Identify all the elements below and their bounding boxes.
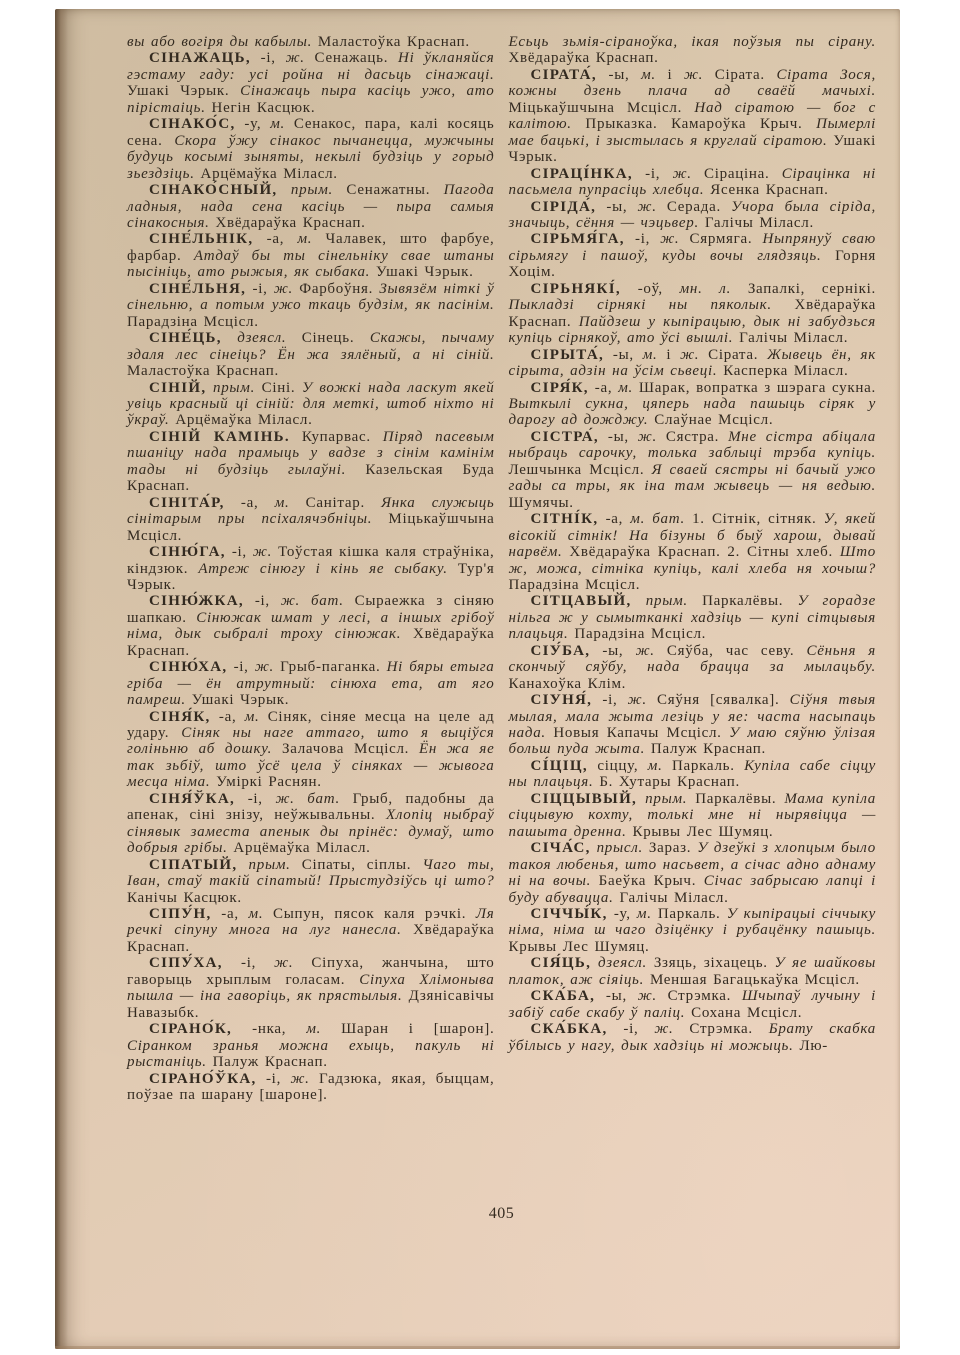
dictionary-entry: СІНЕ́ЛЬНІК, -а, м. Чалавек, што фарбуе, … xyxy=(127,231,495,280)
entry-text xyxy=(206,380,213,396)
entry-text: Палуж Краснап. xyxy=(207,1054,328,1070)
entry-text: Лешчынка Мсцісл. xyxy=(509,462,652,478)
dictionary-entry: СКА́БА, -ы, ж. Стрэмка. Шчыпаў лучыну і … xyxy=(509,988,877,1021)
entry-text: -і, xyxy=(227,659,254,675)
entry-example-text: вы або вогіря ды кабылы. xyxy=(127,34,318,50)
dictionary-entry: СІНЯ́ЎКА, -і, ж. бат. Грыб, падобны да а… xyxy=(127,791,495,857)
entry-headword: СІРЬМЯ́ГА, xyxy=(531,231,625,247)
entry-example-text: м. xyxy=(298,231,313,247)
entry-text: Шаран і [шарон]. xyxy=(321,1021,494,1037)
dictionary-entry: СІЯ́ЦЬ, дзеясл. Ззяць, зіхацець. У яе ша… xyxy=(509,955,877,988)
entry-headword: СІЯ́ЦЬ, xyxy=(531,955,592,971)
entry-text: Парадзіна Мсцісл. xyxy=(509,577,641,593)
entry-example-text: ж. бат. xyxy=(281,593,344,609)
entry-text: Сяўня [сявалка]. xyxy=(647,692,790,708)
entry-example-text: м. xyxy=(618,380,633,396)
entry-text: Грыб-паганка. xyxy=(274,659,387,675)
entry-example-text: прым. xyxy=(645,791,687,807)
entry-example-text: ж. xyxy=(673,166,692,182)
entry-text: -і, xyxy=(246,281,274,297)
entry-text: Маластоўка Краснап. xyxy=(127,363,279,379)
entry-headword: СІНЮ́ЖКА, xyxy=(149,593,244,609)
entry-example-text: м. xyxy=(643,347,658,363)
dictionary-entry: СІУ́БА, -ы, ж. Сяўба, час севу. Сёньня я… xyxy=(509,643,877,692)
dictionary-entry: Есьць зьмія-сіраноўка, ікая поўзыя пы сі… xyxy=(509,34,877,67)
entry-text: -а, xyxy=(212,906,249,922)
entry-headword: СІНЯ́ЎКА, xyxy=(149,791,235,807)
dictionary-entry: СІПУ́ХА, -і, ж. Сіпуха, жанчына, што гав… xyxy=(127,955,495,1021)
entry-text: Маластоўка Краснап. xyxy=(318,34,470,50)
entry-text: Паркаль. xyxy=(652,906,727,922)
entry-text: -нка, xyxy=(232,1021,306,1037)
dictionary-page-content: вы або вогіря ды кабылы. Маластоўка Крас… xyxy=(127,34,876,1103)
entry-text: Купарвас. xyxy=(290,429,383,445)
dictionary-entry: СІСТРА́, -ы, ж. Сястра. Мне сістра абіца… xyxy=(509,429,877,511)
entry-example-text: ж. xyxy=(274,955,293,971)
entry-headword: СІНАКО́СНЫЙ, xyxy=(149,182,277,198)
entry-headword: СІРАТА́, xyxy=(531,67,597,83)
dictionary-entry: СІНЮ́ГА, -і, ж. Тоўстая кішка каля страў… xyxy=(127,544,495,593)
entry-headword: СКА́БКА, xyxy=(531,1021,608,1037)
entry-text: -ы, xyxy=(597,67,641,83)
dictionary-entry: СІРАТА́, -ы, м. і ж. Сірата. Сірата Зося… xyxy=(509,67,877,166)
entry-headword: СІНЮ́ХА, xyxy=(149,659,227,675)
entry-text: Б. Хутары Краснап. xyxy=(593,774,740,790)
dictionary-entry: СКА́БКА, -і, ж. Стрэмка. Брату скабка ўб… xyxy=(509,1021,877,1054)
entry-headword: СІ́ЦІЦ, xyxy=(531,758,588,774)
entry-text: Сінець. xyxy=(286,330,369,346)
entry-headword: СІНІЙ КАМІНЬ. xyxy=(149,429,290,445)
entry-text: Парадзіна Мсцісл. xyxy=(127,314,259,330)
entry-example-text: ж. xyxy=(660,231,679,247)
entry-text: Арцёмаўка Міласл. xyxy=(169,412,312,428)
entry-text: Зараз. xyxy=(643,840,697,856)
entry-example-text: м. xyxy=(245,709,260,725)
entry-headword: СІНАКО́С, xyxy=(149,116,236,132)
entry-text: -ы, xyxy=(590,643,635,659)
entry-headword: СІРАНО́К, xyxy=(149,1021,232,1037)
entry-headword: СІРЯ́К, xyxy=(531,380,589,396)
dictionary-entry: СІТЦАВЫЙ, прым. Паркалёвы. У горадзе ніл… xyxy=(509,593,877,642)
entry-text: 1. Сітнік, сітняк. xyxy=(685,511,824,527)
entry-text: Канічы Касцюк. xyxy=(127,890,242,906)
entry-text: Лю- xyxy=(794,1038,828,1054)
entry-headword: СІЦЦЫВЫЙ, xyxy=(531,791,638,807)
entry-text: Фарбоўня. xyxy=(293,281,379,297)
entry-text: -у, xyxy=(608,906,637,922)
entry-text: Ясенка Краснап. xyxy=(704,182,828,198)
dictionary-entry: СІНЕ́ЦЬ, дзеясл. Сінець. Скажы, пычаму з… xyxy=(127,330,495,379)
entry-text: Шумячы. xyxy=(509,495,574,511)
entry-text: Арцёмаўка Міласл. xyxy=(195,166,338,182)
screenshot-canvas: { "page": { "number": "405", "paper_colo… xyxy=(0,0,960,1355)
entry-text: Паркалёвы. xyxy=(687,791,784,807)
dictionary-entry: СІНІЙ КАМІНЬ. Купарвас. Піряд пасевым пш… xyxy=(127,429,495,495)
entry-headword: СІНАЖАЦЬ, xyxy=(149,50,251,66)
dictionary-entry: СІРЯ́К, -а, м. Шарак, вопратка з шэрага … xyxy=(509,380,877,429)
entry-headword: СІРЫТА́, xyxy=(531,347,605,363)
entry-headword: СІНЮ́ГА, xyxy=(149,544,226,560)
entry-example-text: ж. xyxy=(680,347,699,363)
entry-text: Сярмяга. xyxy=(679,231,762,247)
entry-text: Ушакі Чэрык. xyxy=(186,692,289,708)
dictionary-entry: СІРАЦІ́НКА, -і, ж. Сіраціна. Сірацінка н… xyxy=(509,166,877,199)
entry-text: сіццу, xyxy=(588,758,648,774)
dictionary-entry: СІПУ́Н, -а, м. Сыпун, пясок каля рэчкі. … xyxy=(127,906,495,955)
entry-headword: СІНІЙ, xyxy=(149,380,206,396)
entry-text: -ы, xyxy=(599,429,638,445)
entry-text: -ы, xyxy=(595,988,638,1004)
entry-text: Новыя Капачы Мсцісл. xyxy=(546,725,729,741)
entry-example-text: м. xyxy=(306,1021,321,1037)
entry-text: Канахоўка Клім. xyxy=(509,676,627,692)
dictionary-entry: СІНЮ́ХА, -і, ж. Грыб-паганка. Ні бяры ет… xyxy=(127,659,495,708)
entry-text: Уміркі Раснян. xyxy=(210,774,321,790)
entry-text: -і, xyxy=(244,593,281,609)
entry-example-text: ж. бат. xyxy=(275,791,339,807)
entry-text: Сіпаты, сіплы. xyxy=(291,857,423,873)
entry-headword: СІРАЦІ́НКА, xyxy=(531,166,633,182)
dictionary-entry: СІНІТА́Р, -а, м. Санітар. Янка служыць с… xyxy=(127,495,495,544)
entry-text: Галічы Міласл. xyxy=(733,330,848,346)
entry-text: і xyxy=(656,67,684,83)
dictionary-entry: СІНАЖАЦЬ, -і, ж. Сенажаць. Ні ўкланяйся … xyxy=(127,50,495,116)
entry-text: -і, xyxy=(625,231,660,247)
entry-headword: СІТЦАВЫЙ, xyxy=(531,593,632,609)
scanned-book-page: вы або вогіря ды кабылы. Маластоўка Крас… xyxy=(55,9,900,1349)
entry-example-text: ж. xyxy=(638,988,657,1004)
entry-example-text: ж. xyxy=(654,1021,673,1037)
entry-text: -і, xyxy=(608,1021,655,1037)
entry-text: Негін Касцюк. xyxy=(206,100,316,116)
entry-headword: СІЧА́С, xyxy=(531,840,591,856)
entry-text: Сіраціна. xyxy=(692,166,782,182)
entry-text: Сірата. xyxy=(703,67,776,83)
entry-example-text: прым. xyxy=(213,380,255,396)
page-bottom-edge xyxy=(55,1346,900,1349)
entry-headword: СІНЕ́ЛЬНЯ, xyxy=(149,281,246,297)
entry-text xyxy=(277,182,290,198)
entry-example-text: ж. xyxy=(638,429,657,445)
entry-text: Парадзіна Мсцісл. xyxy=(569,626,707,642)
entry-headword: СІПУ́ХА, xyxy=(149,955,223,971)
entry-text: Сястра. xyxy=(657,429,728,445)
dictionary-column-left: вы або вогіря ды кабылы. Маластоўка Крас… xyxy=(127,34,495,1103)
entry-example-text: м. xyxy=(249,906,264,922)
entry-text: -а, xyxy=(253,231,297,247)
entry-text: -і, xyxy=(251,50,286,66)
dictionary-entry: СІЧА́С, прысл. Зараз. У дзеўкі з хлопцым… xyxy=(509,840,877,906)
entry-text: Ззяць, зіхацець. xyxy=(647,955,775,971)
dictionary-entry: СІРАНО́К, -нка, м. Шаран і [шарон]. Сіра… xyxy=(127,1021,495,1070)
page-number: 405 xyxy=(127,1205,876,1223)
entry-text: -а, xyxy=(589,380,618,396)
dictionary-entry: СІРЬНЯКІ́, -оў, мн. л. Запалкі, сернікі.… xyxy=(509,281,877,347)
dictionary-entry: СІРЬМЯ́ГА, -і, ж. Сярмяга. Ныпрянуў сваю… xyxy=(509,231,877,280)
entry-headword: СІПАТЫЙ, xyxy=(149,857,237,873)
entry-text xyxy=(637,791,645,807)
entry-text: -і, xyxy=(226,544,253,560)
entry-text: Сыпун, пясок каля рэчкі. xyxy=(263,906,476,922)
entry-text: -ы, xyxy=(604,347,643,363)
entry-example-text: мн. л. xyxy=(680,281,731,297)
entry-example-text: м. бат. xyxy=(630,511,685,527)
entry-text: Серада. xyxy=(657,199,731,215)
dictionary-entry: СІТНІ́К, -а, м. бат. 1. Сітнік, сітняк. … xyxy=(509,511,877,593)
entry-text: Стрэмка. xyxy=(674,1021,769,1037)
dictionary-entry: СІНІЙ, прым. Сіні. У вожкі нада ласкут я… xyxy=(127,380,495,429)
entry-headword: СІСТРА́, xyxy=(531,429,599,445)
entry-text: -а, xyxy=(598,511,630,527)
entry-text: Запалкі, сернікі. xyxy=(731,281,876,297)
entry-example-text: Есьць зьмія-сіраноўка, ікая поўзыя пы сі… xyxy=(509,34,877,50)
dictionary-entry: СІЦЦЫВЫЙ, прым. Паркалёвы. Мама купіла с… xyxy=(509,791,877,840)
entry-example-text: ж. xyxy=(636,643,655,659)
dictionary-entry: СІ́ЦІЦ, сіццу, м. Паркаль. Купіла сабе с… xyxy=(509,758,877,791)
dictionary-entry: СІРІДА́, -ы, ж. Серада. Учора была сірід… xyxy=(509,199,877,232)
entry-headword: СІНЕ́ЛЬНІК, xyxy=(149,231,253,247)
entry-example-text: прым. xyxy=(291,182,333,198)
entry-text: Сохана Мсцісл. xyxy=(685,1005,802,1021)
entry-example-text: прым. xyxy=(249,857,291,873)
entry-text: Стрэмка. xyxy=(657,988,742,1004)
entry-text: Паркаль. xyxy=(663,758,745,774)
entry-example-text: м. xyxy=(641,67,656,83)
entry-headword: СІУНЯ́, xyxy=(531,692,593,708)
entry-text: -ы, xyxy=(596,199,637,215)
entry-text: Крывы Лес Шумяц. xyxy=(509,939,650,955)
entry-text: Сіні. xyxy=(255,380,302,396)
entry-text: Прыказка. Камароўка Крыч. xyxy=(572,116,816,132)
dictionary-entry: СІПАТЫЙ, прым. Сіпаты, сіплы. Чаго ты, І… xyxy=(127,857,495,906)
entry-example-text: дзеясл. xyxy=(237,330,286,346)
entry-headword: СІНЕ́ЦЬ, xyxy=(149,330,222,346)
entry-example-text: прым. xyxy=(646,593,688,609)
entry-text: -а, xyxy=(225,495,275,511)
dictionary-entry: вы або вогіря ды кабылы. Маластоўка Крас… xyxy=(127,34,495,50)
entry-headword: СІРАНО́ЎКА, xyxy=(149,1071,257,1087)
entry-text: Слаўнае Мсцісл. xyxy=(648,412,773,428)
entry-example-text: ж. xyxy=(286,50,305,66)
entry-text: Паркалёвы. xyxy=(688,593,798,609)
entry-example-text: ж. xyxy=(628,692,647,708)
entry-text: -а, xyxy=(211,709,245,725)
entry-text: -і, xyxy=(235,791,275,807)
entry-example-text: Атреж сінюгу і кінь яе сыбаку. xyxy=(198,561,447,577)
dictionary-entry: СІЧЧЫ́К, -у, м. Паркаль. У кыпірацыі січ… xyxy=(509,906,877,955)
entry-text: -і, xyxy=(223,955,274,971)
entry-text: Хвёдараўка Краснап. xyxy=(210,215,366,231)
entry-example-text: ж. xyxy=(253,544,272,560)
entry-example-text: ж. xyxy=(638,199,657,215)
entry-headword: СІНЯ́К, xyxy=(149,709,211,725)
entry-headword: СІУ́БА, xyxy=(531,643,591,659)
entry-text: і xyxy=(657,347,680,363)
entry-text: Крывы Лес Шумяц. xyxy=(627,824,774,840)
entry-example-text: м. xyxy=(648,758,663,774)
entry-text xyxy=(632,593,646,609)
entry-text: -у, xyxy=(236,116,271,132)
entry-text: Хвёдараўка Краснап. xyxy=(509,50,659,66)
entry-text: Меншая Багацькаўка Мсцісл. xyxy=(644,972,860,988)
entry-text: Сірата. xyxy=(699,347,767,363)
entry-text: -і, xyxy=(592,692,627,708)
entry-text: Баеўка Крыч. xyxy=(591,873,704,889)
dictionary-column-right: Есьць зьмія-сіраноўка, ікая поўзыя пы сі… xyxy=(509,34,877,1103)
entry-text: Сенажаць. xyxy=(305,50,398,66)
entry-text: Шарак, вопратка з шэрага сукна. xyxy=(633,380,876,396)
entry-text: -і, xyxy=(633,166,673,182)
entry-text: Сенажатны. xyxy=(333,182,444,198)
entry-text: Ушакі Чэрык. xyxy=(370,264,473,280)
entry-text: Арцёмаўка Міласл. xyxy=(228,840,371,856)
entry-text: -і, xyxy=(257,1071,291,1087)
entry-example-text: прысл. xyxy=(597,840,643,856)
entry-text: Галічы Міласл. xyxy=(614,890,729,906)
entry-example-text: м. xyxy=(270,116,285,132)
entry-text: -оў, xyxy=(621,281,680,297)
entry-headword: СІЧЧЫ́К, xyxy=(531,906,608,922)
entry-headword: СІТНІ́К, xyxy=(531,511,599,527)
entry-text: Галічы Міласл. xyxy=(699,215,814,231)
entry-text: Сяўба, час севу. xyxy=(655,643,807,659)
entry-example-text: ж. xyxy=(274,281,293,297)
entry-headword: СІНІТА́Р, xyxy=(149,495,225,511)
entry-text xyxy=(222,330,237,346)
entry-text: Касперка Міласл. xyxy=(717,363,848,379)
entry-text: Залачова Мсцісл. xyxy=(272,741,419,757)
entry-headword: СІПУ́Н, xyxy=(149,906,212,922)
entry-text: Хвёдараўка Краснап. 2. Сітны хлеб. xyxy=(562,544,839,560)
dictionary-entry: СІНАКО́С, -у, м. Сенакос, пара, калі кос… xyxy=(127,116,495,182)
entry-example-text: ж. xyxy=(255,659,274,675)
entry-example-text: ж. xyxy=(290,1071,309,1087)
dictionary-entry: СІНАКО́СНЫЙ, прым. Сенажатны. Пагода лад… xyxy=(127,182,495,231)
entry-headword: СІРЬНЯКІ́, xyxy=(531,281,621,297)
entry-headword: СІРІДА́, xyxy=(531,199,597,215)
dictionary-entry: СІНЕ́ЛЬНЯ, -і, ж. Фарбоўня. Зывязём нітк… xyxy=(127,281,495,330)
entry-text xyxy=(237,857,248,873)
dictionary-entry: СІРЫТА́, -ы, м. і ж. Сірата. Жывець ён, … xyxy=(509,347,877,380)
entry-text: Ушакі Чэрык. xyxy=(127,83,240,99)
dictionary-entry: СІРАНО́ЎКА, -і, ж. Гадзюка, якая, быццам… xyxy=(127,1071,495,1104)
entry-text: Палуж Краснап. xyxy=(645,741,766,757)
entry-example-text: м. xyxy=(637,906,652,922)
dictionary-entry: СІУНЯ́, -і, ж. Сяўня [сявалка]. Сіўня тв… xyxy=(509,692,877,758)
dictionary-entry: СІНЮ́ЖКА, -і, ж. бат. Сыраежка з сіняю ш… xyxy=(127,593,495,659)
entry-example-text: дзеясл. xyxy=(598,955,647,971)
dictionary-entry: СІНЯ́К, -а, м. Сіняк, сіняе месца на цел… xyxy=(127,709,495,791)
entry-text xyxy=(591,955,598,971)
entry-text: Міцькаўшчына Мсцісл. xyxy=(509,100,695,116)
entry-text: Санітар. xyxy=(289,495,381,511)
entry-example-text: м. xyxy=(275,495,290,511)
entry-example-text: Пыкладзі сірнякі ны пяколык. xyxy=(509,297,772,313)
entry-headword: СКА́БА, xyxy=(531,988,596,1004)
entry-example-text: ж. xyxy=(684,67,703,83)
book-gutter-shadow xyxy=(55,9,68,1349)
